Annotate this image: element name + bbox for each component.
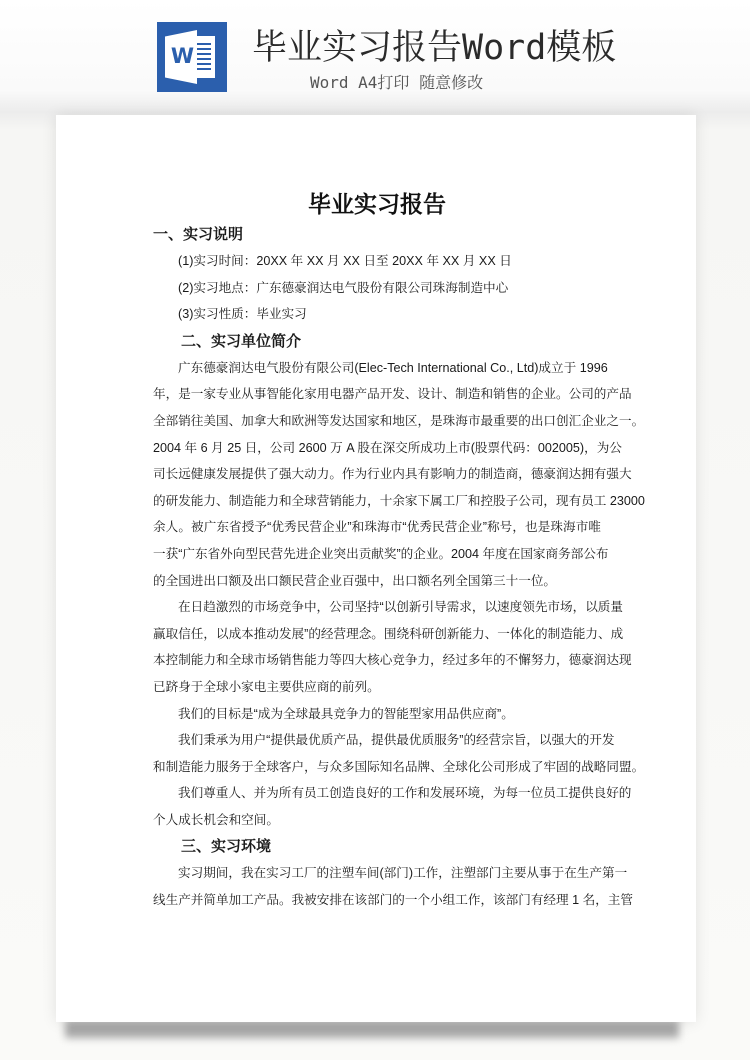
document-title: 毕业实习报告 <box>153 189 601 219</box>
text-line: 2004 年 6 月 25 日，公司 2600 万 A 股在深交所成功上市(股票… <box>153 435 601 462</box>
section-heading-1: 一、实习说明 <box>153 222 601 248</box>
paragraph-environment: 实习期间，我在实习工厂的注塑车间(部门)工作，注塑部门主要从事于在生产第一 线生… <box>153 860 601 913</box>
template-banner: W 毕业实习报告Word模板 Word A4打印 随意修改 <box>0 0 750 110</box>
text-line: 的研发能力、制造能力和全球营销能力，十余家下属工厂和控股子公司，现有员工 230… <box>153 488 601 515</box>
text-line: 全部销往美国、加拿大和欧洲等发达国家和地区，是珠海市最重要的出口创汇企业之一。 <box>153 408 601 435</box>
section-heading-2: 二、实习单位简介 <box>153 328 601 355</box>
text-line: 和制造能力服务于全球客户，与众多国际知名品牌、全球化公司形成了牢固的战略同盟。 <box>153 754 601 781</box>
text-line: 已跻身于全球小家电主要供应商的前列。 <box>153 674 601 701</box>
text-line: 一获“广东省外向型民营先进企业突出贡献奖”的企业。2004 年度在国家商务部公布 <box>153 541 601 568</box>
text-line: 在日趋激烈的市场竞争中，公司坚持“以创新引导需求，以速度领先市场，以质量 <box>153 594 601 621</box>
word-w-icon: W <box>169 44 195 68</box>
text-line: 赢取信任，以成本推动发展”的经营理念。围绕科研创新能力、一体化的制造能力、成 <box>153 621 601 648</box>
document-page: 毕业实习报告 一、实习说明 (1)实习时间：20XX 年 XX 月 XX 日至 … <box>56 115 696 1022</box>
text-line: 个人成长机会和空间。 <box>153 807 601 834</box>
info-item-location: (2)实习地点：广东德豪润达电气股份有限公司珠海制造中心 <box>153 275 601 302</box>
info-item-type: (3)实习性质：毕业实习 <box>153 301 601 328</box>
text-line: 我们秉承为用户“提供最优质产品，提供最优质服务”的经营宗旨，以强大的开发 <box>153 727 601 754</box>
text-line: 司长远健康发展提供了强大动力。作为行业内具有影响力的制造商，德豪润达拥有强大 <box>153 461 601 488</box>
word-app-icon: W <box>157 22 227 92</box>
text-line: 本控制能力和全球市场销售能力等四大核心竞争力，经过多年的不懈努力，德豪润达现 <box>153 647 601 674</box>
banner-title: 毕业实习报告Word模板 <box>252 20 616 70</box>
section-heading-3: 三、实习环境 <box>153 833 601 860</box>
text-line: 的全国进出口额及出口额民营企业百强中，出口额名列全国第三十一位。 <box>153 568 601 595</box>
banner-subtitle: Word A4打印 随意修改 <box>310 70 483 93</box>
text-line: 我们的目标是“成为全球最具竞争力的智能型家用品供应商”。 <box>153 701 601 728</box>
text-line: 年，是一家专业从事智能化家用电器产品开发、设计、制造和销售的企业。公司的产品 <box>153 381 601 408</box>
text-line: 广东德豪润达电气股份有限公司(Elec-Tech International C… <box>153 355 601 382</box>
paragraph-service: 我们秉承为用户“提供最优质产品，提供最优质服务”的经营宗旨，以强大的开发 和制造… <box>153 727 601 780</box>
paragraph-goal: 我们的目标是“成为全球最具竞争力的智能型家用品供应商”。 <box>153 701 601 728</box>
text-line: 我们尊重人、并为所有员工创造良好的工作和发展环境，为每一位员工提供良好的 <box>153 780 601 807</box>
document-content: 毕业实习报告 一、实习说明 (1)实习时间：20XX 年 XX 月 XX 日至 … <box>153 189 601 914</box>
paragraph-company-intro: 广东德豪润达电气股份有限公司(Elec-Tech International C… <box>153 355 601 594</box>
paragraph-employees: 我们尊重人、并为所有员工创造良好的工作和发展环境，为每一位员工提供良好的 个人成… <box>153 780 601 833</box>
text-line: 线生产并简单加工产品。我被安排在该部门的一个小组工作，该部门有经理 1 名，主管 <box>153 887 601 914</box>
info-item-time: (1)实习时间：20XX 年 XX 月 XX 日至 20XX 年 XX 月 XX… <box>153 248 601 275</box>
text-line: 实习期间，我在实习工厂的注塑车间(部门)工作，注塑部门主要从事于在生产第一 <box>153 860 601 887</box>
text-line: 余人。被广东省授予“优秀民营企业”和珠海市“优秀民营企业”称号，也是珠海市唯 <box>153 514 601 541</box>
paragraph-competition: 在日趋激烈的市场竞争中，公司坚持“以创新引导需求，以速度领先市场，以质量 赢取信… <box>153 594 601 700</box>
page-shadow <box>65 1020 679 1038</box>
